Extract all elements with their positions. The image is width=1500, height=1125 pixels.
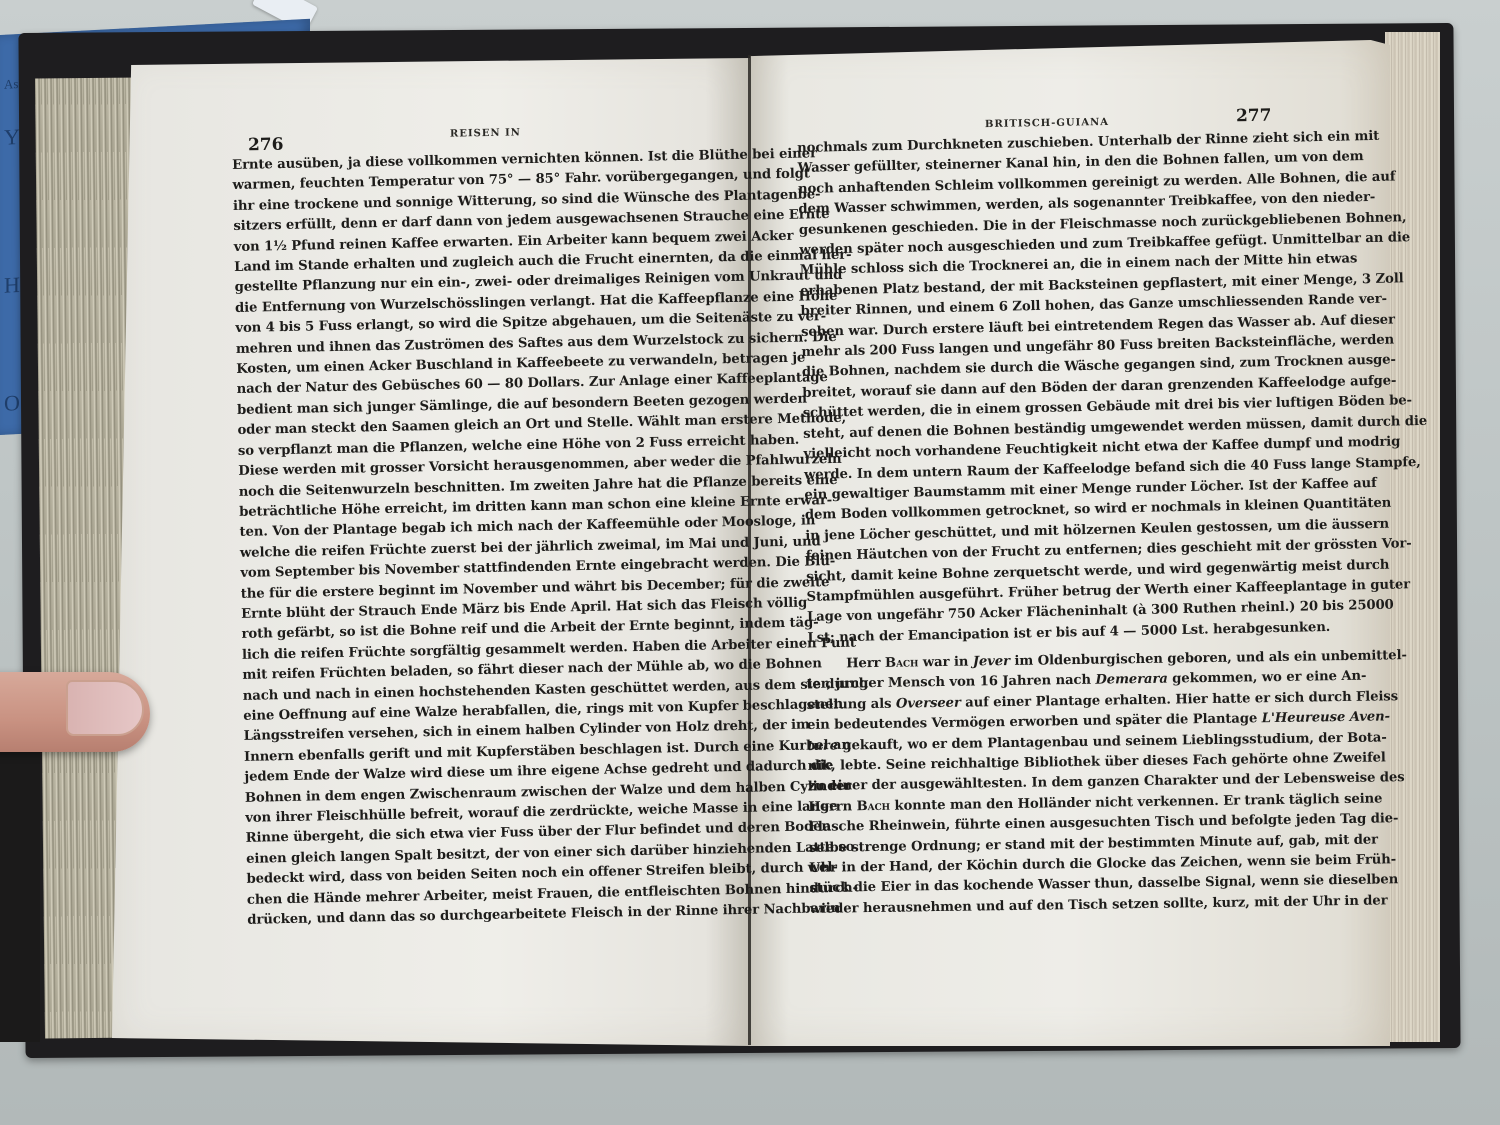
italic-text: Demerara xyxy=(1095,672,1168,688)
thumb xyxy=(0,672,150,752)
hand-shadow xyxy=(0,742,40,1042)
left-page-body: Ernte ausüben, ja diese vollkommen verni… xyxy=(232,147,713,932)
text-segment: Herr xyxy=(846,656,885,672)
text-segment: ter, junger Mensch von 16 Jahren nach xyxy=(806,673,1095,692)
right-page-paragraph-2: Herr Bach war in Jever im Oldenburgische… xyxy=(806,648,1304,921)
page-number-right: 277 xyxy=(1236,106,1272,127)
small-caps-name: Bach xyxy=(885,655,919,670)
small-caps-name: Bach xyxy=(856,799,890,814)
italic-text: Jever xyxy=(973,654,1010,670)
italic-text: ture xyxy=(807,738,838,753)
italic-text: L'Heureuse Aven- xyxy=(1262,710,1391,727)
blue-book-label: O xyxy=(4,390,20,417)
text-segment: ein bedeutendes Vermögen erworben und sp… xyxy=(807,711,1262,733)
text-segment: gekommen, wo er eine An- xyxy=(1168,669,1367,687)
text-segment: war in xyxy=(918,655,973,671)
page-number-left: 276 xyxy=(248,135,284,156)
italic-text: Overseer xyxy=(896,696,961,712)
blue-book-label: H xyxy=(4,272,20,299)
running-head-left: REISEN IN xyxy=(450,127,521,139)
blue-book-label: Y xyxy=(4,124,20,151)
running-head-right: BRITISCH-GUIANA xyxy=(985,117,1109,130)
text-segment: stellung als xyxy=(807,696,896,712)
text-segment: Herrn xyxy=(808,799,857,815)
thumbnail xyxy=(66,680,144,736)
right-page-body: nochmals zum Durchkneten zuschieben. Unt… xyxy=(797,129,1294,649)
